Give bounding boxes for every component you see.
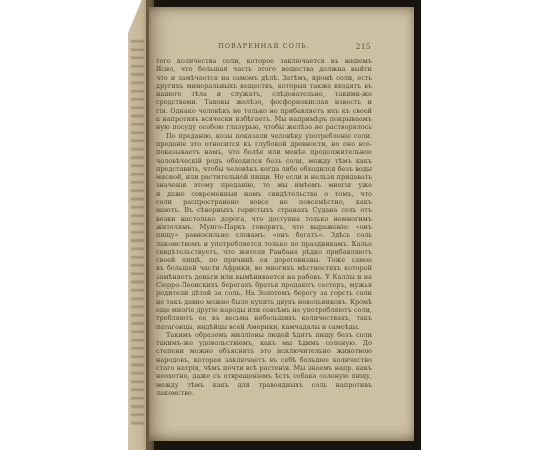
book-page: ПОВАРЕННАЯ СОЛЬ. 215 того количества сол…	[149, 7, 414, 441]
running-title: ПОВАРЕННАЯ СОЛЬ.	[156, 42, 372, 51]
text-line: не такъ давно можно было купить двухъ не…	[156, 298, 372, 306]
text-line: жителямъ. Мунго-Паркъ говоритъ, что выра…	[156, 223, 372, 231]
body-text: того количества соли, которое заключаетс…	[156, 57, 372, 397]
text-line: замѣняетъ деньги или вымѣнивается на раб…	[156, 273, 372, 281]
text-line: родители дѣтей за соль. На Золотомъ бере…	[156, 289, 372, 297]
text-line: соли распространено вовсе не повсемѣстно…	[156, 198, 372, 206]
text-line: показываетъ намъ, что болѣе или менѣе пр…	[156, 148, 372, 156]
text-line: лакомствомъ и употребляется только по пр…	[156, 240, 372, 248]
text-line: маютъ. Въ сѣверныхъ гористыхъ странахъ С…	[156, 206, 372, 214]
text-line: неохотно, даже съ отвращеніемъ ѣстъ соба…	[156, 372, 372, 380]
text-line: Такимъ образомъ милліоны людей ѣдятъ пищ…	[156, 331, 372, 339]
text-line: представить, чтобы человѣкъ когда либо о…	[156, 165, 372, 173]
facing-page-text-fragments	[131, 40, 144, 425]
text-line: и даже современныя намъ свидѣтельства о …	[156, 190, 372, 198]
text-line: возки настолько дорога, что доступна тол…	[156, 215, 372, 223]
text-line: свидѣтельствуетъ, что жители Ранбана рѣд…	[156, 248, 372, 256]
text-line: средствами. Таковы желѣзо, фосфорнокисла…	[156, 98, 372, 106]
text-line: пищу» равносильно словамъ: «онъ богатъ».…	[156, 231, 372, 239]
text-line: человѣческій родъ обходился безъ соли, м…	[156, 157, 372, 165]
text-line: По преданію, козы показали человѣку упот…	[156, 132, 372, 140]
text-line: еще многіе другіе народы или совсѣмъ не …	[156, 306, 372, 314]
page-number: 215	[356, 42, 371, 51]
text-line: стаго натрія, чѣмъ почти всѣ растенія. М…	[156, 364, 372, 372]
text-line: своей пищѣ, по причинѣ ея дороговизны. Т…	[156, 256, 372, 264]
text-line: Ясно, что большая часть этого вещества д…	[156, 65, 372, 73]
text-line: что и замѣчается на самомъ дѣлѣ. Затѣмъ,…	[156, 74, 372, 82]
page-surface: ПОВАРЕННАЯ СОЛЬ. 215 того количества сол…	[149, 7, 414, 441]
text-line: мясной, или растительной пищи. Но если и…	[156, 173, 372, 181]
book-photograph: ПОВАРЕННАЯ СОЛЬ. 215 того количества сол…	[128, 0, 421, 450]
text-line: того количества соли, которое заключаетс…	[156, 57, 372, 65]
text-line: патагонцы, индѣйцы всей Америки, камчада…	[156, 323, 372, 331]
text-line: лакомство.	[156, 389, 372, 397]
text-line: въ большей части Африки, во многихъ мѣст…	[156, 264, 372, 272]
text-line: преданіе это относится къ глубокой древн…	[156, 140, 372, 148]
text-line: народовъ, которая заключаетъ въ себѣ бол…	[156, 356, 372, 364]
page-header: ПОВАРЕННАЯ СОЛЬ. 215	[156, 42, 372, 51]
text-line: ную посуду особою глазурью, чтобы желѣзо…	[156, 123, 372, 131]
text-line: степени можно объяснить это исключительн…	[156, 347, 372, 355]
text-line: нашего тѣла и служатъ, слѣдовательно, та…	[156, 90, 372, 98]
text-line: гія. Однако человѣкъ не только не прибав…	[156, 107, 372, 115]
text-line: а напротивъ всячески избѣгаетъ. Мы напри…	[156, 115, 372, 123]
text-line: другихъ минеральныхъ веществъ, которыя т…	[156, 82, 372, 90]
text-line: такимъ-же удовольствіемъ, какъ мы ѣдимъ …	[156, 339, 372, 347]
text-line: значенія этому преданію, то мы имѣемъ мн…	[156, 181, 372, 189]
text-line: между тѣмъ какъ для травоядныхъ соль нап…	[156, 381, 372, 389]
text-line: Сіерро-Леонскихъ берегахъ братья продают…	[156, 281, 372, 289]
text-line: требляютъ ее въ весьма небольшихъ количе…	[156, 314, 372, 322]
